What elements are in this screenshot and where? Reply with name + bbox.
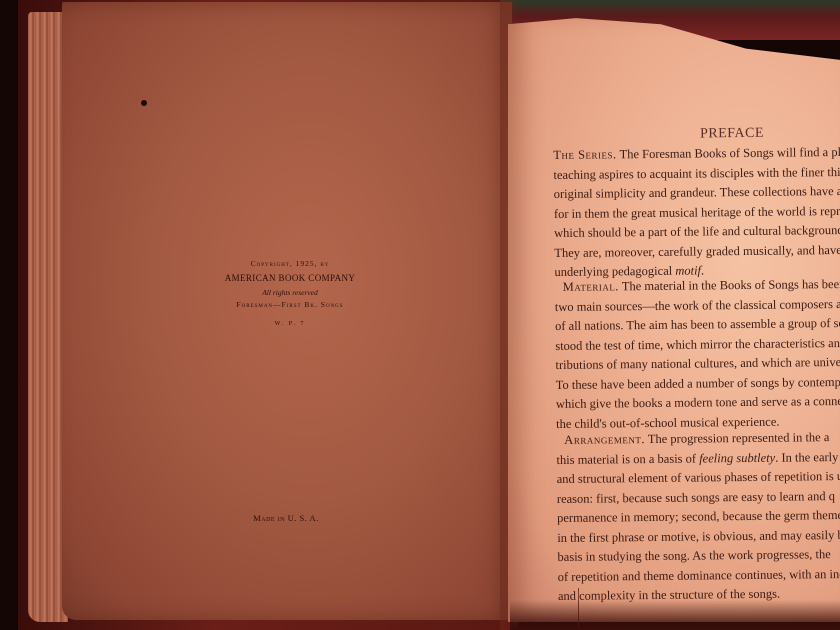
section-heading: The Series. [553, 147, 616, 162]
section-heading: Material. [563, 279, 619, 294]
italic-phrase: feeling subtlety [699, 450, 775, 465]
section-the-series: The Series. The Foresman Books of Songs … [553, 142, 840, 283]
section-arrangement: Arrangement. The progression represented… [556, 427, 840, 607]
text-line: this material is on a basis of [556, 451, 699, 466]
text-line: . In the early son [775, 449, 840, 464]
text-line: teaching aspires to acquaint its discipl… [553, 161, 840, 185]
text-line: which should be a part of the life and c… [554, 220, 840, 244]
text-line: basis in studying the song. As the work … [557, 544, 840, 568]
book-photo: Copyright, 1925, by AMERICAN BOOK COMPAN… [0, 0, 840, 630]
page-bottom-shadow [510, 600, 840, 630]
copyright-line: Copyright, 1925, by [190, 258, 390, 270]
text-line: original simplicity and grandeur. These … [554, 181, 840, 205]
text-line: stood the test of time, which mirror the… [555, 332, 840, 356]
text-line: permanence in memory; second, because th… [557, 505, 840, 529]
rights-reserved: All rights reserved [190, 287, 390, 299]
section-heading: Arrangement. [564, 432, 645, 447]
punctuation: . [701, 263, 704, 277]
text-line: two main sources—the work of the classic… [555, 293, 840, 317]
text-line: They are, moreover, carefully graded mus… [554, 239, 840, 263]
ink-spot [141, 100, 147, 106]
text-line: The material in the Books of Songs has b… [619, 277, 840, 293]
text-line: in the first phrase or motive, is obviou… [557, 524, 840, 548]
text-line: To these have been added a number of son… [556, 371, 840, 395]
text-line: The progression represented in the a [645, 430, 830, 446]
section-material: Material. The material in the Books of S… [555, 274, 840, 434]
publisher-name: AMERICAN BOOK COMPANY [190, 272, 390, 284]
book-title-line: Foresman—First Bk. Songs [190, 299, 390, 311]
text-line: which give the books a modern tone and s… [556, 391, 840, 415]
copyright-block: Copyright, 1925, by AMERICAN BOOK COMPAN… [190, 258, 390, 330]
preface-title: PREFACE [700, 126, 764, 143]
text-line: of all nations. The aim has been to asse… [555, 313, 840, 337]
text-line: The Foresman Books of Songs will find a … [617, 145, 840, 162]
text-line: tributions of many national cultures, an… [555, 352, 840, 376]
text-line: of repetition and theme dominance contin… [558, 563, 840, 587]
made-in-usa: Made in U. S. A. [236, 513, 336, 523]
text-line: for in them the great musical heritage o… [554, 200, 840, 224]
text-line: reason: first, because such songs are ea… [557, 485, 840, 509]
print-code: W. P. 7 [190, 318, 390, 330]
text-line: and structural element of various phases… [557, 466, 840, 490]
